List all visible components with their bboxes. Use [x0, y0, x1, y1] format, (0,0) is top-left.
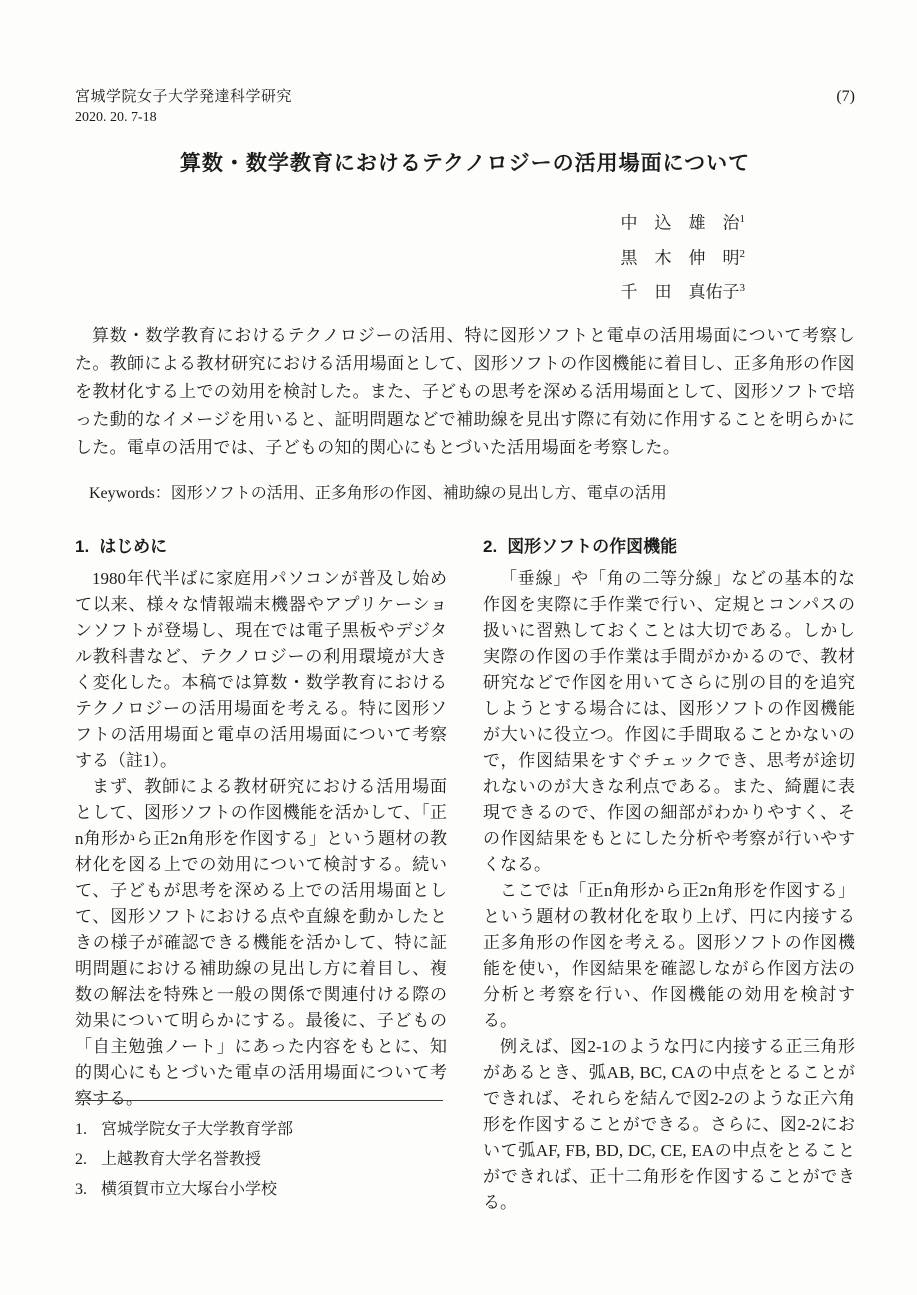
footnote-number: 2.: [75, 1145, 101, 1175]
author-name: 中 込 雄 治: [621, 214, 740, 233]
keywords-text: 図形ソフトの活用、正多角形の作図、補助線の見出し方、電卓の活用: [171, 485, 667, 502]
paper-page: 宮城学院女子大学発達科学研究 2020. 20. 7-18 (7) 算数・数学教…: [0, 0, 917, 1295]
paper-title: 算数・数学教育におけるテクノロジーの活用場面について: [75, 148, 855, 178]
footnote-text: 横須賀市立大塚台小学校: [101, 1175, 277, 1205]
page-header: 宮城学院女子大学発達科学研究 2020. 20. 7-18 (7): [75, 86, 855, 128]
author-footnote-ref: 2: [740, 248, 746, 260]
author-line: 千 田 真佑子3: [75, 273, 745, 308]
footnote-divider: [75, 1100, 443, 1101]
footnote-number: 3.: [75, 1175, 101, 1205]
footnote-text: 宮城学院女子大学教育学部: [101, 1115, 293, 1145]
right-column: 2.図形ソフトの作図機能 「垂線」や「角の二等分線」などの基本的な作図を実際に手…: [483, 532, 855, 1216]
section-number: 1.: [75, 537, 89, 556]
author-name: 黒 木 伸 明: [621, 248, 740, 267]
section-number: 2.: [483, 537, 497, 556]
author-line: 黒 木 伸 明2: [75, 239, 745, 274]
section-heading-1: 1.はじめに: [75, 532, 447, 562]
body-paragraph: 例えば、図2-1のような円に内接する正三角形があるとき、弧AB, BC, CAの…: [483, 1034, 855, 1216]
journal-name: 宮城学院女子大学発達科学研究: [75, 86, 292, 108]
footnote-number: 1.: [75, 1115, 101, 1145]
footnote: 1.宮城学院女子大学教育学部: [75, 1115, 443, 1145]
body-paragraph: 「垂線」や「角の二等分線」などの基本的な作図を実際に手作業で行い、定規とコンパス…: [483, 566, 855, 878]
section-title: 図形ソフトの作図機能: [507, 537, 677, 556]
page-number: (7): [836, 86, 855, 108]
abstract-text: 算数・数学教育におけるテクノロジーの活用、特に図形ソフトと電卓の活用場面について…: [75, 322, 855, 462]
body-paragraph: 1980年代半ばに家庭用パソコンが普及し始めて以来、様々な情報端末機器やアプリケ…: [75, 566, 447, 774]
footnote: 3.横須賀市立大塚台小学校: [75, 1175, 443, 1205]
author-footnote-ref: 1: [740, 213, 746, 225]
author-block: 中 込 雄 治1 黒 木 伸 明2 千 田 真佑子3: [75, 204, 855, 308]
keywords-line: Keywords：図形ソフトの活用、正多角形の作図、補助線の見出し方、電卓の活用: [75, 482, 855, 506]
section-heading-2: 2.図形ソフトの作図機能: [483, 532, 855, 562]
body-paragraph: まず、教師による教材研究における活用場面として、図形ソフトの作図機能を活かして、…: [75, 774, 447, 1112]
author-name: 千 田 真佑子: [621, 283, 740, 302]
footnote: 2.上越教育大学名誉教授: [75, 1145, 443, 1175]
journal-issue: 2020. 20. 7-18: [75, 108, 292, 128]
footnote-text: 上越教育大学名誉教授: [101, 1145, 261, 1175]
footnotes-block: 1.宮城学院女子大学教育学部 2.上越教育大学名誉教授 3.横須賀市立大塚台小学…: [75, 1100, 443, 1205]
author-footnote-ref: 3: [740, 282, 746, 294]
keywords-label: Keywords：: [89, 485, 171, 502]
journal-info: 宮城学院女子大学発達科学研究 2020. 20. 7-18: [75, 86, 292, 128]
body-paragraph: ここでは「正n角形から正2n角形を作図する」という題材の教材化を取り上げ、円に内…: [483, 878, 855, 1034]
section-title: はじめに: [99, 537, 167, 556]
author-line: 中 込 雄 治1: [75, 204, 745, 239]
